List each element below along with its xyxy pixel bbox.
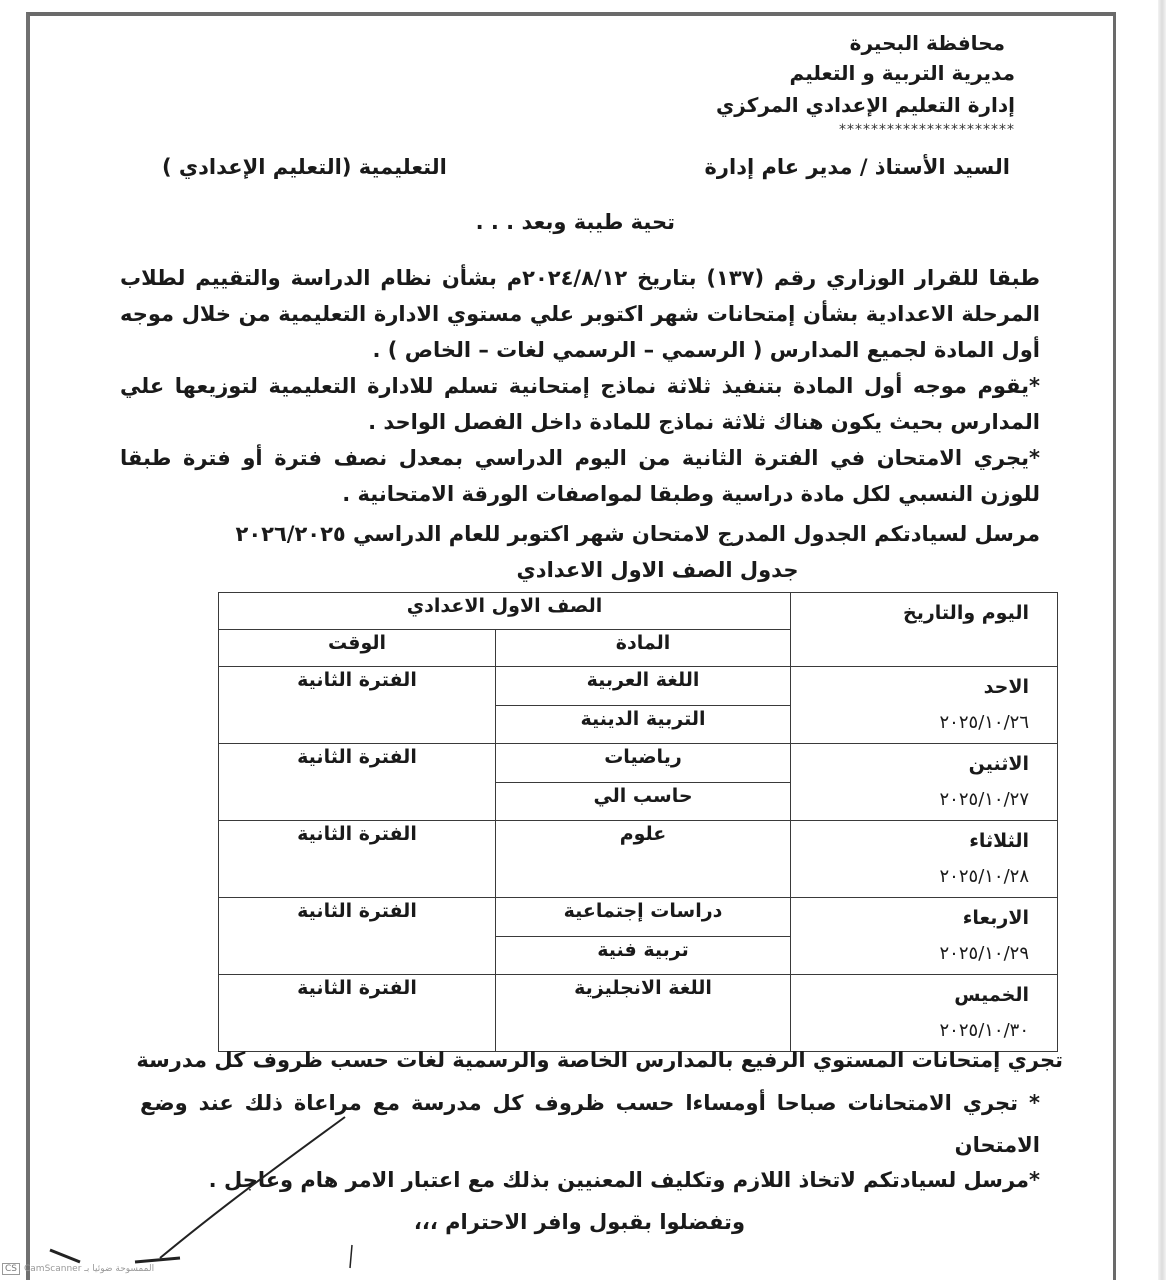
page-edge-shadow — [1158, 0, 1166, 1280]
subject-cell: رياضيات — [496, 744, 791, 783]
header-subject: المادة — [496, 630, 791, 667]
note-exam-timing: * تجري الامتحانات صباحا أومساءا حسب ظروف… — [140, 1082, 1040, 1166]
time-cell: الفترة الثانية — [219, 821, 496, 898]
subject-cell: تربية فنية — [496, 936, 791, 975]
administration-title: إدارة التعليم الإعدادي المركزي — [716, 92, 1015, 118]
table-title: جدول الصف الاول الاعدادي — [70, 558, 1175, 582]
header-separator: ********************** — [839, 122, 1015, 138]
paragraph-decree: طبقا للقرار الوزاري رقم (١٣٧) بتاريخ ٢٠٢… — [120, 260, 1040, 368]
note-high-level-exams: تجري إمتحانات المستوي الرفيع بالمدارس ال… — [103, 1040, 1063, 1080]
time-cell: الفترة الثانية — [219, 667, 496, 744]
table-header-row: اليوم والتاريخ الصف الاول الاعدادي — [219, 593, 1058, 630]
day-date: ٢٠٢٥/١٠/٢٩ — [799, 936, 1029, 972]
day-name: الثلاثاء — [969, 830, 1029, 852]
subject-cell: التربية الدينية — [496, 705, 791, 744]
day-name: الاحد — [984, 676, 1029, 698]
subject-cell: دراسات إجتماعية — [496, 898, 791, 937]
subject-cell: اللغة العربية — [496, 667, 791, 706]
time-cell: الفترة الثانية — [219, 898, 496, 975]
note-instructions: *مرسل لسيادتكم لاتخاذ اللازم وتكليف المع… — [209, 1168, 1040, 1192]
header-time: الوقت — [219, 630, 496, 667]
day-date: ٢٠٢٥/١٠/٢٧ — [799, 782, 1029, 818]
greeting: تحية طيبة وبعد . . . — [476, 210, 675, 234]
addressee-right: السيد الأستاذ / مدير عام إدارة — [705, 155, 1010, 179]
day-date: ٢٠٢٥/١٠/٢٦ — [799, 705, 1029, 741]
paragraph-exam-period: *يجري الامتحان في الفترة الثانية من اليو… — [120, 440, 1040, 512]
day-name: الاثنين — [969, 753, 1029, 775]
day-date: ٢٠٢٥/١٠/٢٨ — [799, 859, 1029, 895]
day-name: الاربعاء — [963, 907, 1029, 929]
paragraph-exam-models: *يقوم موجه أول المادة بتنفيذ ثلاثة نماذج… — [120, 368, 1040, 440]
governorate-title: محافظة البحيرة — [850, 30, 1005, 56]
paragraph-schedule-intro: مرسل لسيادتكم الجدول المدرج لامتحان شهر … — [236, 522, 1041, 546]
day-name: الخميس — [954, 984, 1029, 1006]
addressee-left: التعليمية (التعليم الإعدادي ) — [162, 155, 447, 179]
header-day-date: اليوم والتاريخ — [791, 593, 1058, 667]
subject-cell: حاسب الي — [496, 782, 791, 821]
day-cell: الاثنين ٢٠٢٥/١٠/٢٧ — [791, 744, 1058, 821]
directorate-title: مديرية التربية و التعليم — [790, 60, 1015, 86]
table-row: الثلاثاء ٢٠٢٥/١٠/٢٨ علوم الفترة الثانية — [219, 821, 1058, 898]
exam-schedule-table: اليوم والتاريخ الصف الاول الاعدادي الماد… — [218, 592, 1058, 1052]
watermark-text: CamScanner الممسوحة ضوئيا بـ — [24, 1264, 154, 1274]
table-row: الاربعاء ٢٠٢٥/١٠/٢٩ دراسات إجتماعية الفت… — [219, 898, 1058, 937]
table-row: الاحد ٢٠٢٥/١٠/٢٦ اللغة العربية الفترة ال… — [219, 667, 1058, 706]
header-grade: الصف الاول الاعدادي — [219, 593, 791, 630]
day-cell: الاحد ٢٠٢٥/١٠/٢٦ — [791, 667, 1058, 744]
table-row: الاثنين ٢٠٢٥/١٠/٢٧ رياضيات الفترة الثاني… — [219, 744, 1058, 783]
subject-cell: علوم — [496, 821, 791, 898]
day-cell: الثلاثاء ٢٠٢٥/١٠/٢٨ — [791, 821, 1058, 898]
closing-line: وتفضلوا بقبول وافر الاحترام ،،، — [414, 1210, 745, 1234]
day-cell: الاربعاء ٢٠٢٥/١٠/٢٩ — [791, 898, 1058, 975]
camscanner-logo-icon: CS — [2, 1263, 20, 1275]
scanner-watermark: CS CamScanner الممسوحة ضوئيا بـ — [2, 1263, 154, 1275]
time-cell: الفترة الثانية — [219, 744, 496, 821]
